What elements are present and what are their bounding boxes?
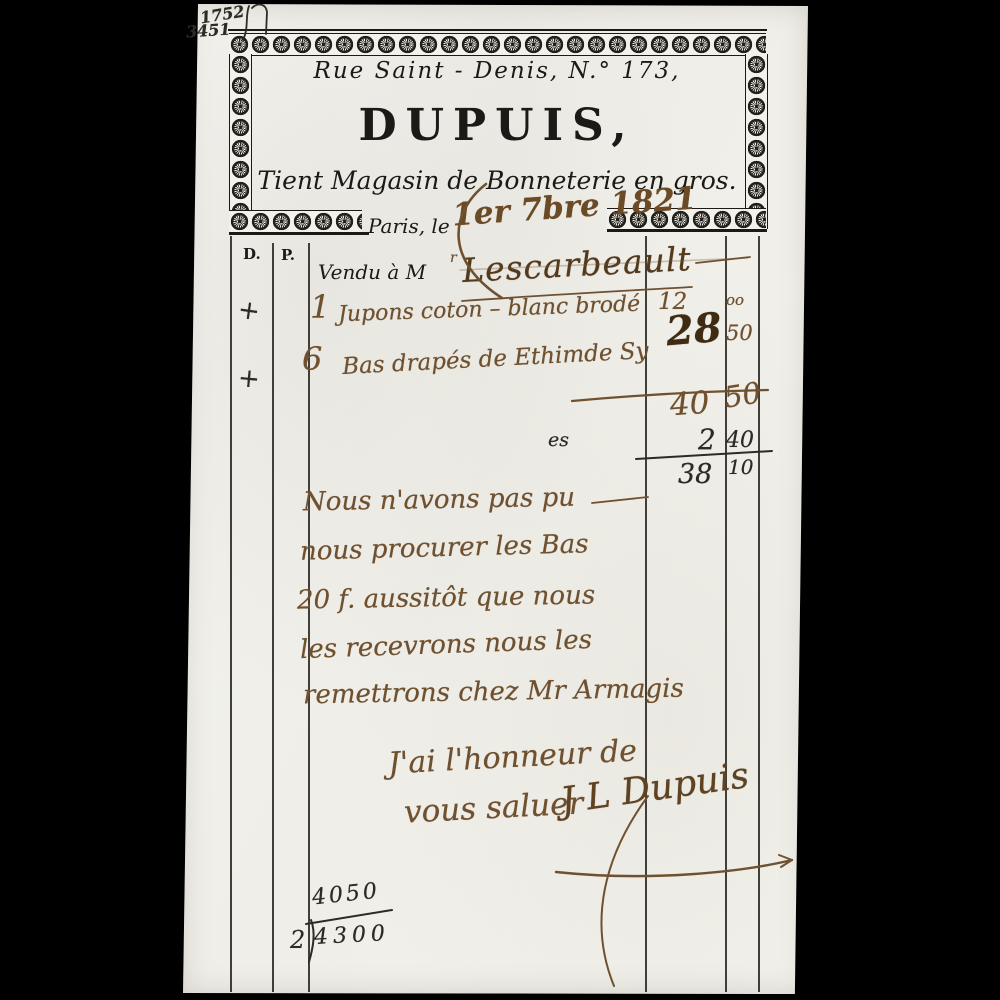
frame-left-ornament xyxy=(229,54,252,233)
note-line-1: Nous n'avons pas pu xyxy=(303,483,575,518)
letterhead-merchant-name: DUPUIS, xyxy=(250,100,744,151)
deduction-label: es xyxy=(548,429,569,451)
calc-result: 4300 xyxy=(313,921,390,950)
frame-top-ornament xyxy=(229,33,766,56)
frame-right-ornament xyxy=(745,54,768,229)
column-header-d: D. xyxy=(243,245,261,263)
sold-to-printed: Vendu à M xyxy=(318,260,426,284)
frame-bottom-right-rule xyxy=(607,229,767,232)
subtotal-francs: 40 xyxy=(669,385,711,424)
item-1-quantity: 1 xyxy=(310,288,330,326)
scanned-invoice: 1752 3451 Rue Saint - Denis, N.° 173, DU… xyxy=(0,0,1000,1000)
item-2-quantity: 6 xyxy=(302,340,322,378)
note-line-3: 20 f. aussitôt que nous xyxy=(297,580,596,615)
letterhead-address: Rue Saint - Denis, N.° 173, xyxy=(250,58,744,84)
frame-bottom-left-ornament xyxy=(229,210,362,233)
item-2-francs: 28 xyxy=(664,304,724,356)
rule-col-d xyxy=(272,243,274,992)
deduction-centimes: 40 xyxy=(726,428,754,453)
total-centimes: 10 xyxy=(728,455,753,479)
item-2-centimes: 50 xyxy=(726,321,753,345)
frame-top-rule xyxy=(228,29,767,31)
sold-to-superscript: r xyxy=(450,250,457,266)
deduction-francs: 2 xyxy=(698,423,716,456)
place-date-printed: Paris, le xyxy=(368,214,450,238)
rule-left-edge xyxy=(230,236,232,992)
item-1-centimes: oo xyxy=(726,291,744,309)
check-mark-item-2: + xyxy=(237,363,261,395)
frame-bottom-left-rule xyxy=(229,232,369,235)
calc-divisor: 2 xyxy=(290,926,305,954)
reference-number-bottom: 3451 xyxy=(185,19,231,41)
rule-amount-right xyxy=(758,236,760,992)
subtotal-centimes: 50 xyxy=(722,375,764,414)
total-francs: 38 xyxy=(678,459,712,490)
column-header-p: P. xyxy=(281,246,295,264)
rule-francs-centimes xyxy=(725,236,727,992)
check-mark-item-1: + xyxy=(236,295,262,328)
